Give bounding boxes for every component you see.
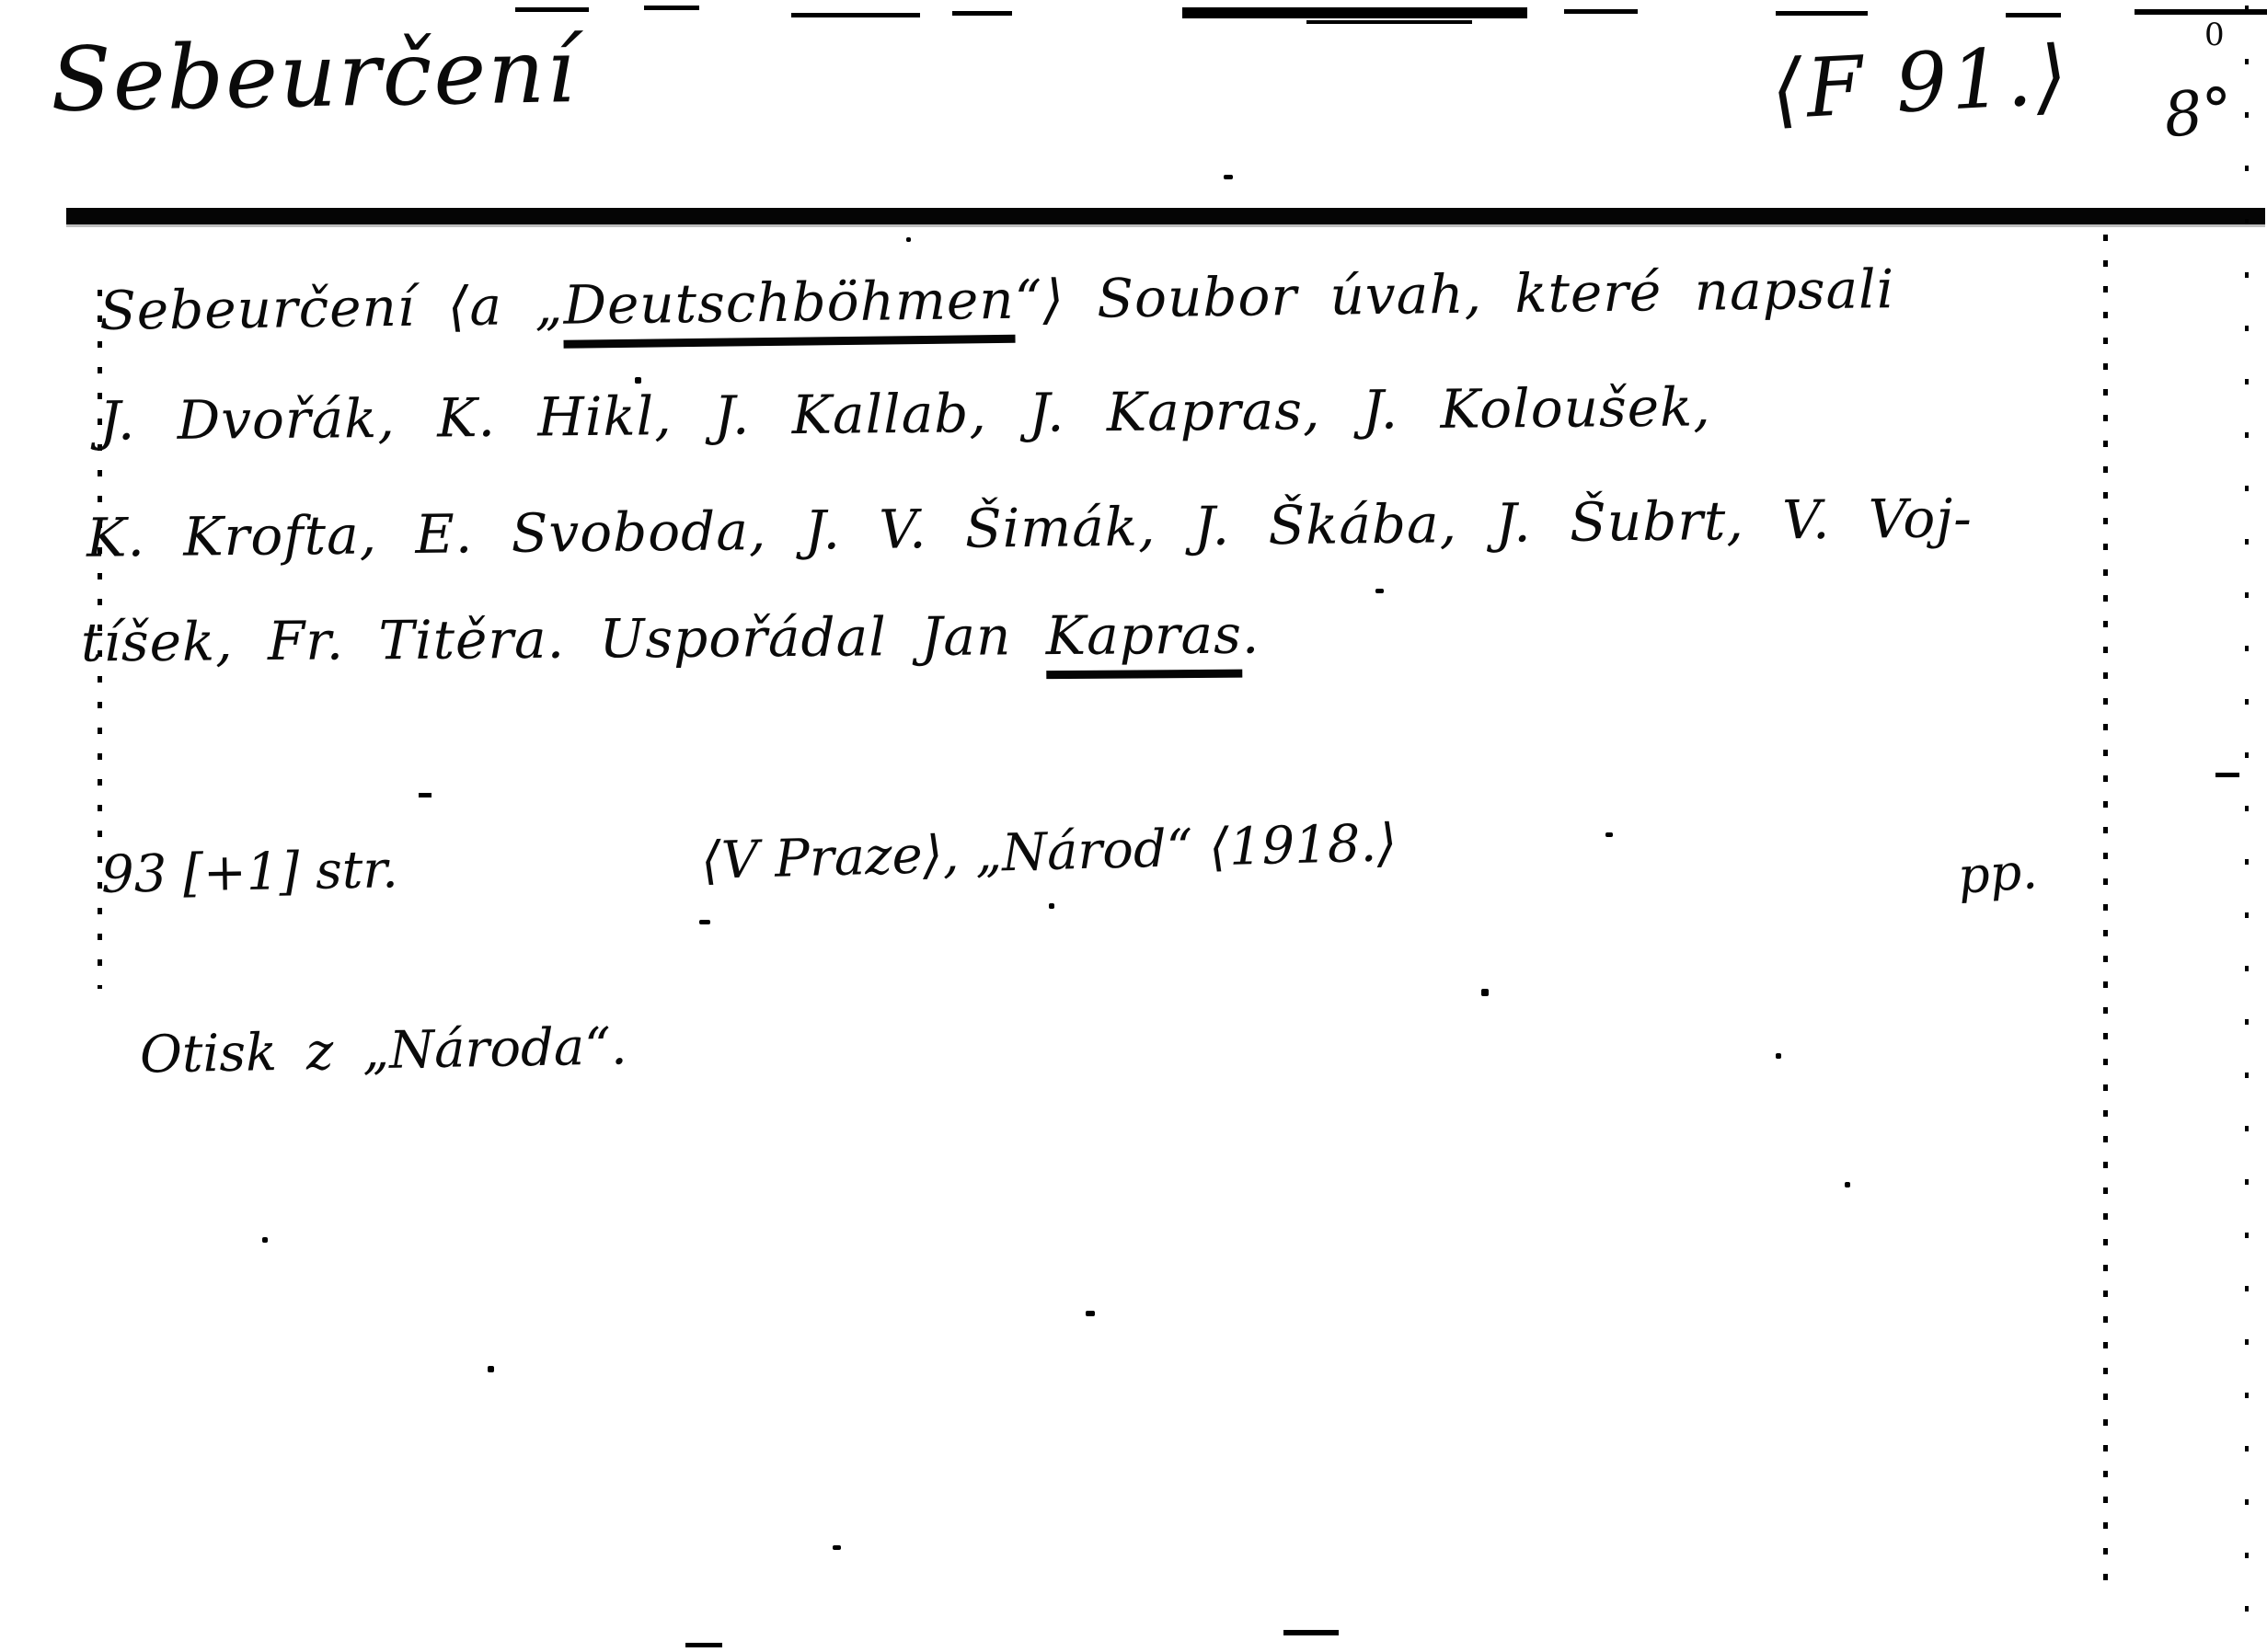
scan-speck: [1086, 1311, 1095, 1316]
scan-speck: [1845, 1182, 1850, 1187]
scan-speck: [685, 1643, 722, 1647]
heading-rule: [66, 208, 2265, 224]
call-number: ⟨F 91.⟩: [1769, 28, 2074, 138]
scan-speck: [1605, 832, 1613, 837]
right-inner-dotted-guide: [2103, 235, 2108, 1596]
scan-speck: [699, 920, 710, 924]
scan-speck: [2215, 773, 2239, 777]
scan-speck: [262, 1237, 268, 1243]
body-line-4-underlined-word: Kapras: [1046, 603, 1243, 679]
body-line-3: K. Krofta, E. Svoboda, J. V. Šimák, J. Š…: [86, 487, 1973, 568]
scanned-catalog-card: { "document": { "title": "Sebeurčení", "…: [0, 0, 2267, 1652]
scan-artifact-dash: [644, 6, 699, 10]
body-line-2: J. Dvořák, K. Hikl, J. Kallab, J. Kapras…: [99, 375, 1711, 452]
scan-speck: [488, 1366, 494, 1372]
scan-artifact-dash: [2006, 13, 2061, 17]
body-line-4: tíšek, Fr. Titěra. Uspořádal Jan Kapras.: [81, 603, 1260, 674]
right-outer-dotted-guide: [2245, 6, 2249, 1646]
collation-statement: 93 [+1] str.: [100, 840, 398, 905]
scan-artifact-dash: [952, 11, 1012, 16]
scan-artifact-dash: [1776, 11, 1868, 16]
scan-speck: [419, 793, 432, 797]
offprint-note: Otisk z „Národa“.: [139, 1016, 627, 1084]
imprint-statement: ⟨V Praze⟩, „Národ“ ⟨1918.⟩: [700, 813, 1398, 891]
scan-speck: [1481, 989, 1489, 996]
scan-speck: [635, 377, 641, 384]
scan-speck: [1049, 903, 1054, 909]
scan-speck: [833, 1545, 841, 1550]
scan-artifact-dash: [1564, 9, 1638, 14]
card-title: Sebeurčení: [50, 19, 578, 132]
scan-speck: [1283, 1630, 1339, 1635]
body-line-4-post: .: [1242, 603, 1260, 666]
scan-speck: [1224, 175, 1233, 179]
body-line-1-pre: Sebeurčení ⟨a „: [99, 274, 564, 342]
body-line-1-underlined-word: Deutschböhmen: [563, 269, 1015, 349]
pp-annotation: pp.: [1956, 842, 2039, 905]
scan-speck: [1375, 589, 1384, 593]
body-line-4-pre: tíšek, Fr. Titěra. Uspořádal Jan: [81, 604, 1046, 673]
corner-zero-mark: 0: [2204, 17, 2225, 53]
scan-speck: [906, 237, 911, 242]
scan-speck: [1776, 1053, 1781, 1059]
scan-artifact-dash: [515, 7, 589, 12]
body-line-1-post: “⟩ Soubor úvah, které napsali: [1014, 258, 1894, 331]
body-line-1: Sebeurčení ⟨a „Deutschböhmen“⟩ Soubor úv…: [99, 258, 1895, 342]
scan-artifact-dash: [1182, 7, 1527, 18]
scan-artifact-dash: [791, 13, 920, 17]
scan-artifact-dash: [1306, 20, 1472, 24]
format-mark: 8°: [2160, 74, 2237, 151]
